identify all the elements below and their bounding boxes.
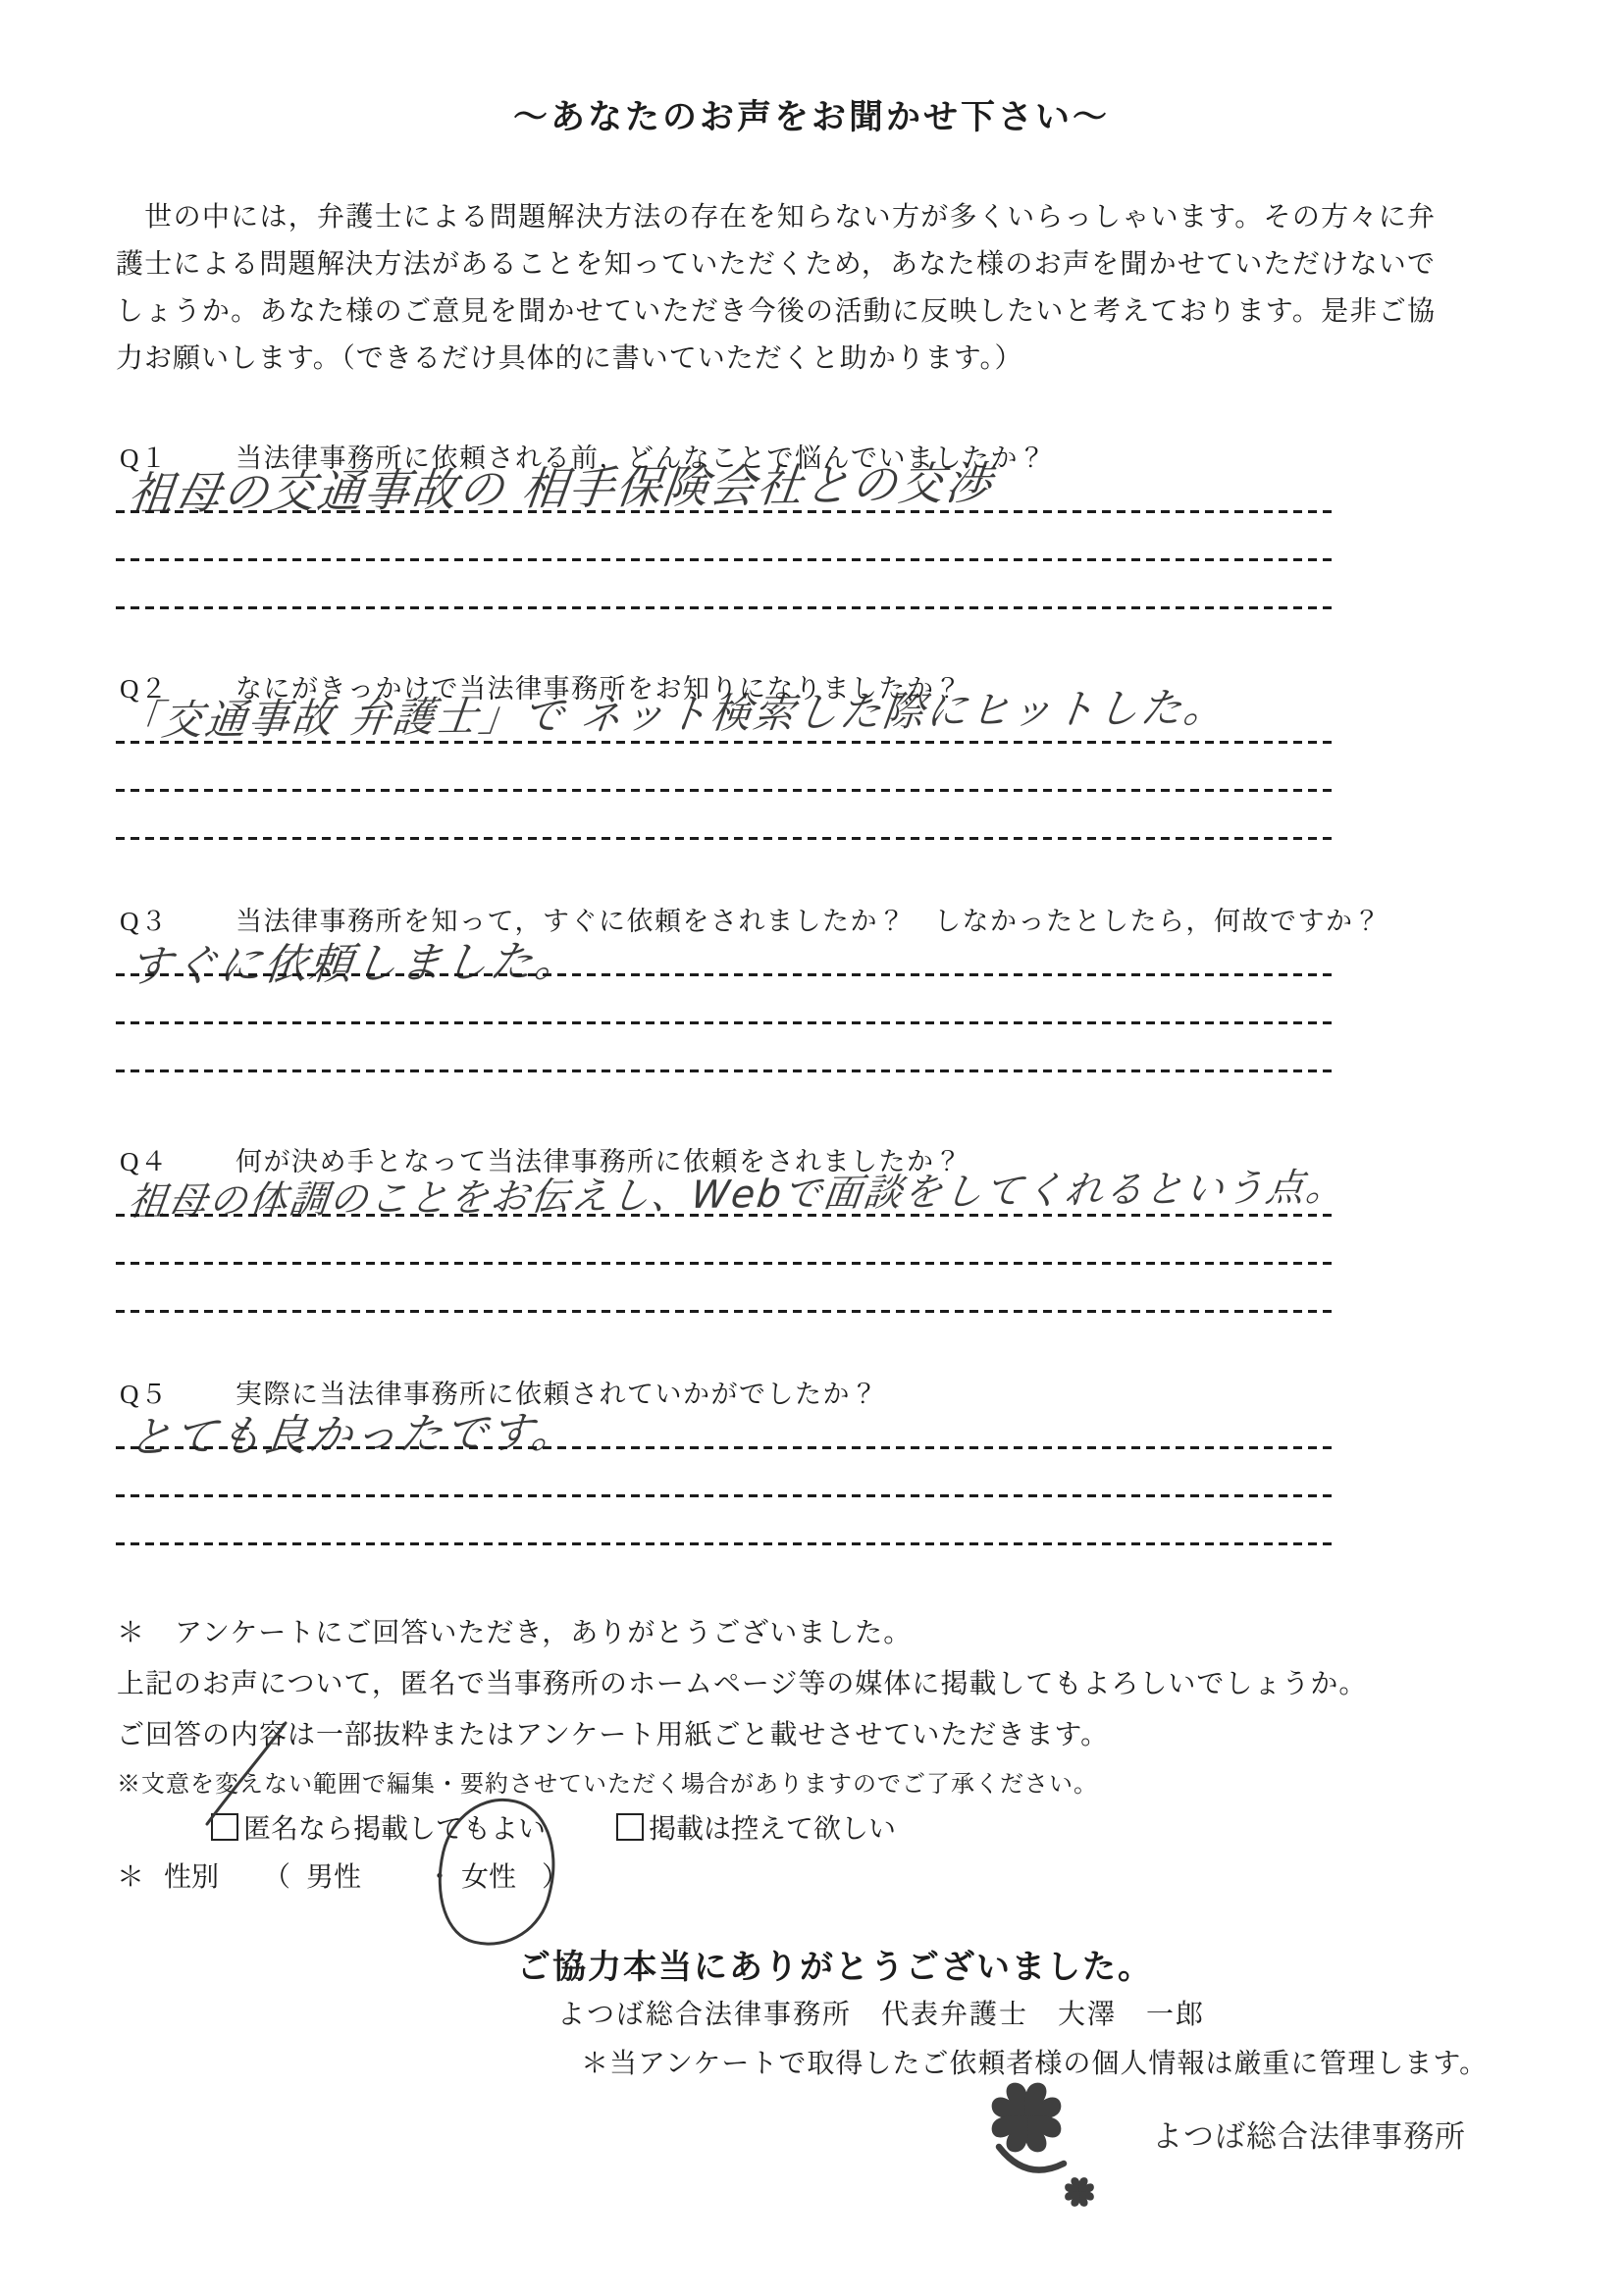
asterisk-mark: ＊	[117, 1611, 145, 1650]
question-block-1: Q１当法律事務所に依頼される前，どんなことで悩んでいましたか？ 祖母の交通事故の…	[0, 437, 1623, 633]
publish-question-line: 上記のお声について，匿名で当事務所のホームページ等の媒体に掲載してもよろしいでし…	[117, 1662, 1367, 1701]
survey-thanks-note: ＊アンケートにご回答いただき，ありがとうございました。	[117, 1611, 912, 1650]
firm-logo: よつば総合法律事務所	[969, 2068, 1519, 2235]
gender-row: ＊ 性別 （ 男性 ・ 女性 ）	[0, 1855, 1623, 1895]
answer-line	[116, 741, 1337, 744]
gender-label: 性別	[164, 1855, 219, 1895]
answer-line	[116, 1214, 1337, 1217]
intro-paragraph: 世の中には，弁護士による問題解決方法の存在を知らない方が多くいらっしゃいます。そ…	[116, 194, 1436, 383]
answer-line	[116, 558, 1337, 561]
logo-firm-name: よつば総合法律事務所	[1152, 2112, 1466, 2156]
answer-line	[116, 1542, 1337, 1545]
question-block-2: Q２なにがきっかけで当法律事務所をお知りになりましたか？ 「交通事故 弁護士」で…	[0, 667, 1623, 863]
checkbox-no-publish[interactable]: 掲載は控えて欲しい	[616, 1807, 896, 1847]
firm-representative-line: よつば総合法律事務所 代表弁護士 大澤 一郎	[557, 1993, 1205, 2032]
page-title: ～あなたのお声をお聞かせ下さい～	[0, 90, 1623, 139]
answer-line	[116, 606, 1337, 609]
handwritten-check-mark	[199, 1720, 292, 1828]
gender-option-male[interactable]: 男性	[306, 1855, 361, 1895]
answer-line	[116, 510, 1337, 513]
checkbox-no-publish-label: 掲載は控えて欲しい	[649, 1814, 896, 1845]
handwritten-answer: すぐに依頼しました。	[126, 925, 584, 994]
closing-thanks: ご協力本当にありがとうございました。	[517, 1940, 1153, 1988]
question-block-5: Q５実際に当法律事務所に依頼されていかがでしたか？ とても良かったです。	[0, 1373, 1623, 1569]
answer-line	[116, 1446, 1337, 1449]
checkbox-no-publish-box[interactable]	[616, 1813, 644, 1841]
answer-line	[116, 1070, 1337, 1072]
answer-line	[116, 973, 1337, 976]
handwritten-answer: 「交通事故 弁護士」で ネット検索した際にヒットした。	[116, 675, 1230, 748]
answer-line	[116, 1494, 1337, 1497]
answer-line	[116, 789, 1337, 792]
gender-paren-open: （	[263, 1855, 290, 1895]
answer-line	[116, 1262, 1337, 1265]
answer-line	[116, 1310, 1337, 1313]
answer-line	[116, 837, 1337, 840]
question-block-3: Q３当法律事務所を知って，すぐに依頼をされましたか？ しなかったとしたら，何故で…	[0, 900, 1623, 1096]
survey-thanks-text: アンケートにご回答いただき，ありがとうございました。	[175, 1618, 912, 1648]
clover-icon	[969, 2068, 1141, 2235]
handwritten-answer: とても良かったです。	[126, 1396, 581, 1465]
answer-line	[116, 1021, 1337, 1024]
question-block-4: Q４何が決め手となって当法律事務所に依頼をされましたか？ 祖母の体調のことをお伝…	[0, 1140, 1623, 1336]
survey-page: ～あなたのお声をお聞かせ下さい～ 世の中には，弁護士による問題解決方法の存在を知…	[0, 0, 1623, 2296]
asterisk-mark: ＊	[117, 1855, 144, 1895]
